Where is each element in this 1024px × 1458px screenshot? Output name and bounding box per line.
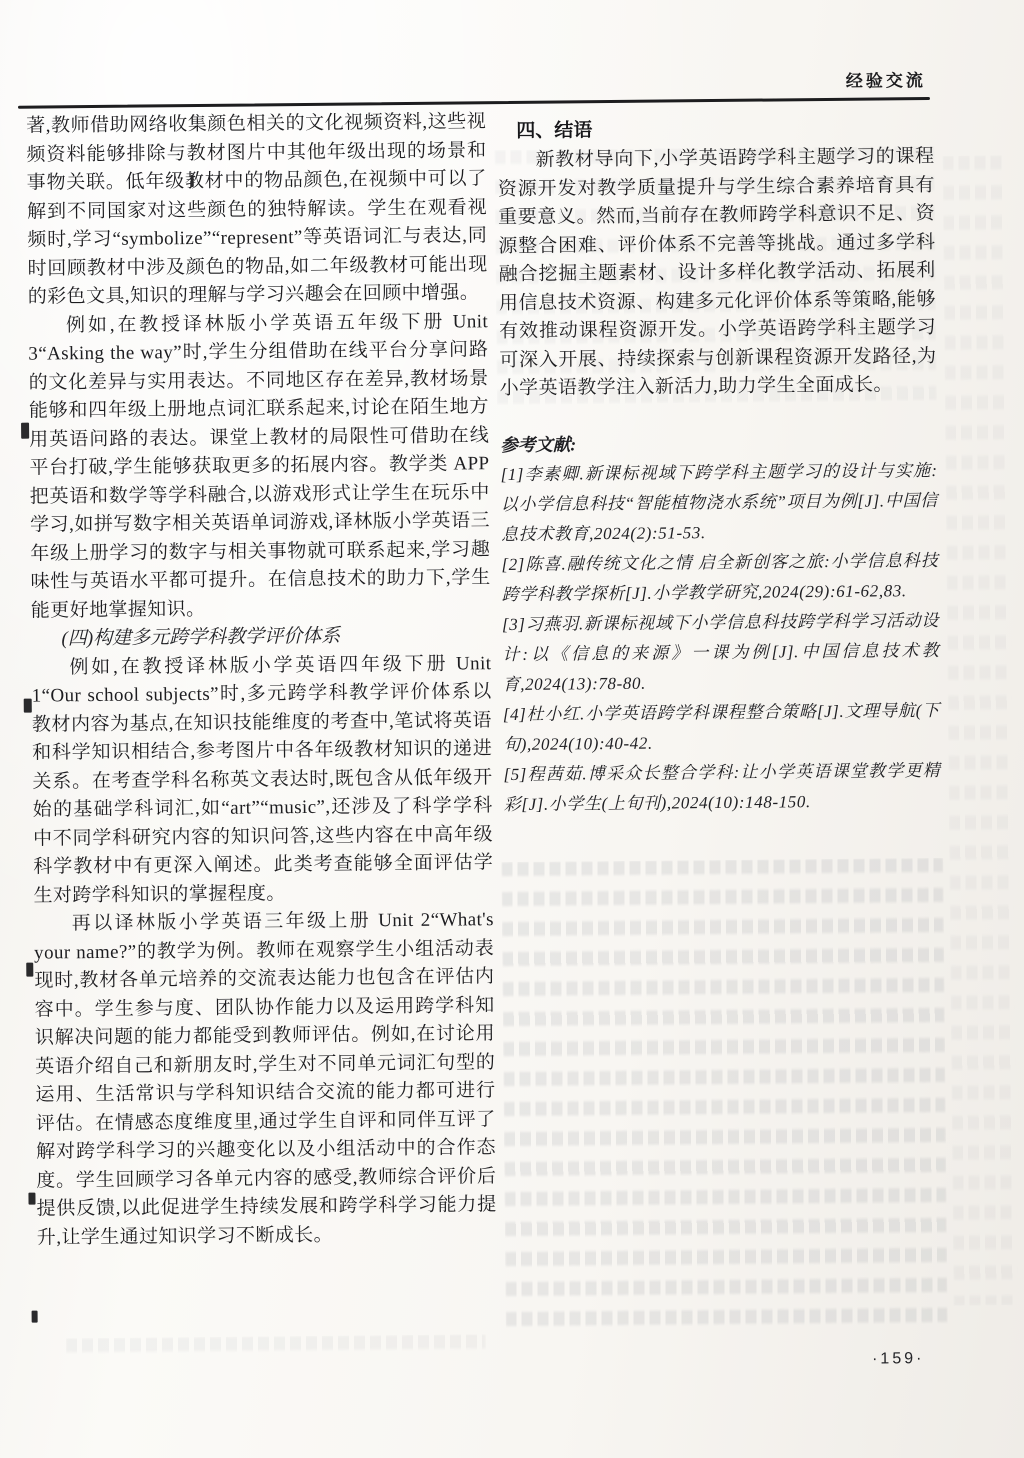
paragraph-continued: 著,教师借助网络收集颜色相关的文化视频资料,这些视频资料能够排除与教材图片中其他… [26,108,488,312]
reference-item: [2]陈喜.融传统文化之情 启全新创客之旅:小学信息科技跨学科教学探析[J].小… [501,545,939,609]
references-list: [1]李素卿.新课标视域下跨学科主题学习的设计与实施:以小学信息科技“智能植物浇… [500,455,940,819]
paragraph: 例如,在教授译林版小学英语五年级下册 Unit 3“Asking the way… [28,308,491,626]
scan-artifact [26,963,33,977]
running-head-label: 经验交流 [846,66,926,92]
scan-artifact [32,1311,38,1323]
reference-item: [5]程茜茹.博采众长整合学科:让小学英语课堂教学更精彩[J].小学生(上旬刊)… [503,755,941,819]
subsection-heading: (四)构建多元跨学科教学评价体系 [31,621,491,654]
references-title: 参考文献: [500,425,937,459]
right-column: 四、结语 新教材导向下,小学英语跨学科主题学习的课程资源开发对教学质量提升与学生… [497,114,941,820]
scanned-journal-page: { "header": { "section_label": "经验交流" },… [0,0,1024,1458]
scan-artifact [28,1193,35,1205]
page-content: 经验交流 著,教师借助网络收集颜色相关的文化视频资料,这些视频资料能够排除与教材… [0,0,1024,1458]
reference-item: [4]杜小红.小学英语跨学科课程整合策略[J].文理导航(下旬),2024(10… [503,695,941,759]
scan-artifact [21,423,29,439]
bleed-through-ghost [501,858,947,1330]
header-rule [18,97,930,109]
reference-item: [3]习燕羽.新课标视域下小学信息科技跨学科学习活动设计:以《信息的来源》一课为… [502,605,940,699]
conclusion-heading: 四、结语 [497,114,934,146]
paragraph: 再以译林版小学英语三年级上册 Unit 2“What's your name?”… [34,906,497,1252]
reference-item: [1]李素卿.新课标视域下跨学科主题学习的设计与实施:以小学信息科技“智能植物浇… [500,455,938,549]
page-number: ·159· [872,1350,925,1369]
conclusion-paragraph: 新教材导向下,小学英语跨学科主题学习的课程资源开发对教学质量提升与学生综合素养培… [497,143,936,404]
bleed-through-ghost [943,155,1018,1306]
paragraph: 例如,在教授译林版小学英语四年级下册 Unit 1“Our school sub… [31,650,493,911]
scan-artifact [191,175,194,187]
scan-artifact [24,699,32,713]
left-column: 著,教师借助网络收集颜色相关的文化视频资料,这些视频资料能够排除与教材图片中其他… [26,108,497,1252]
bleed-through-ghost [66,1334,486,1360]
